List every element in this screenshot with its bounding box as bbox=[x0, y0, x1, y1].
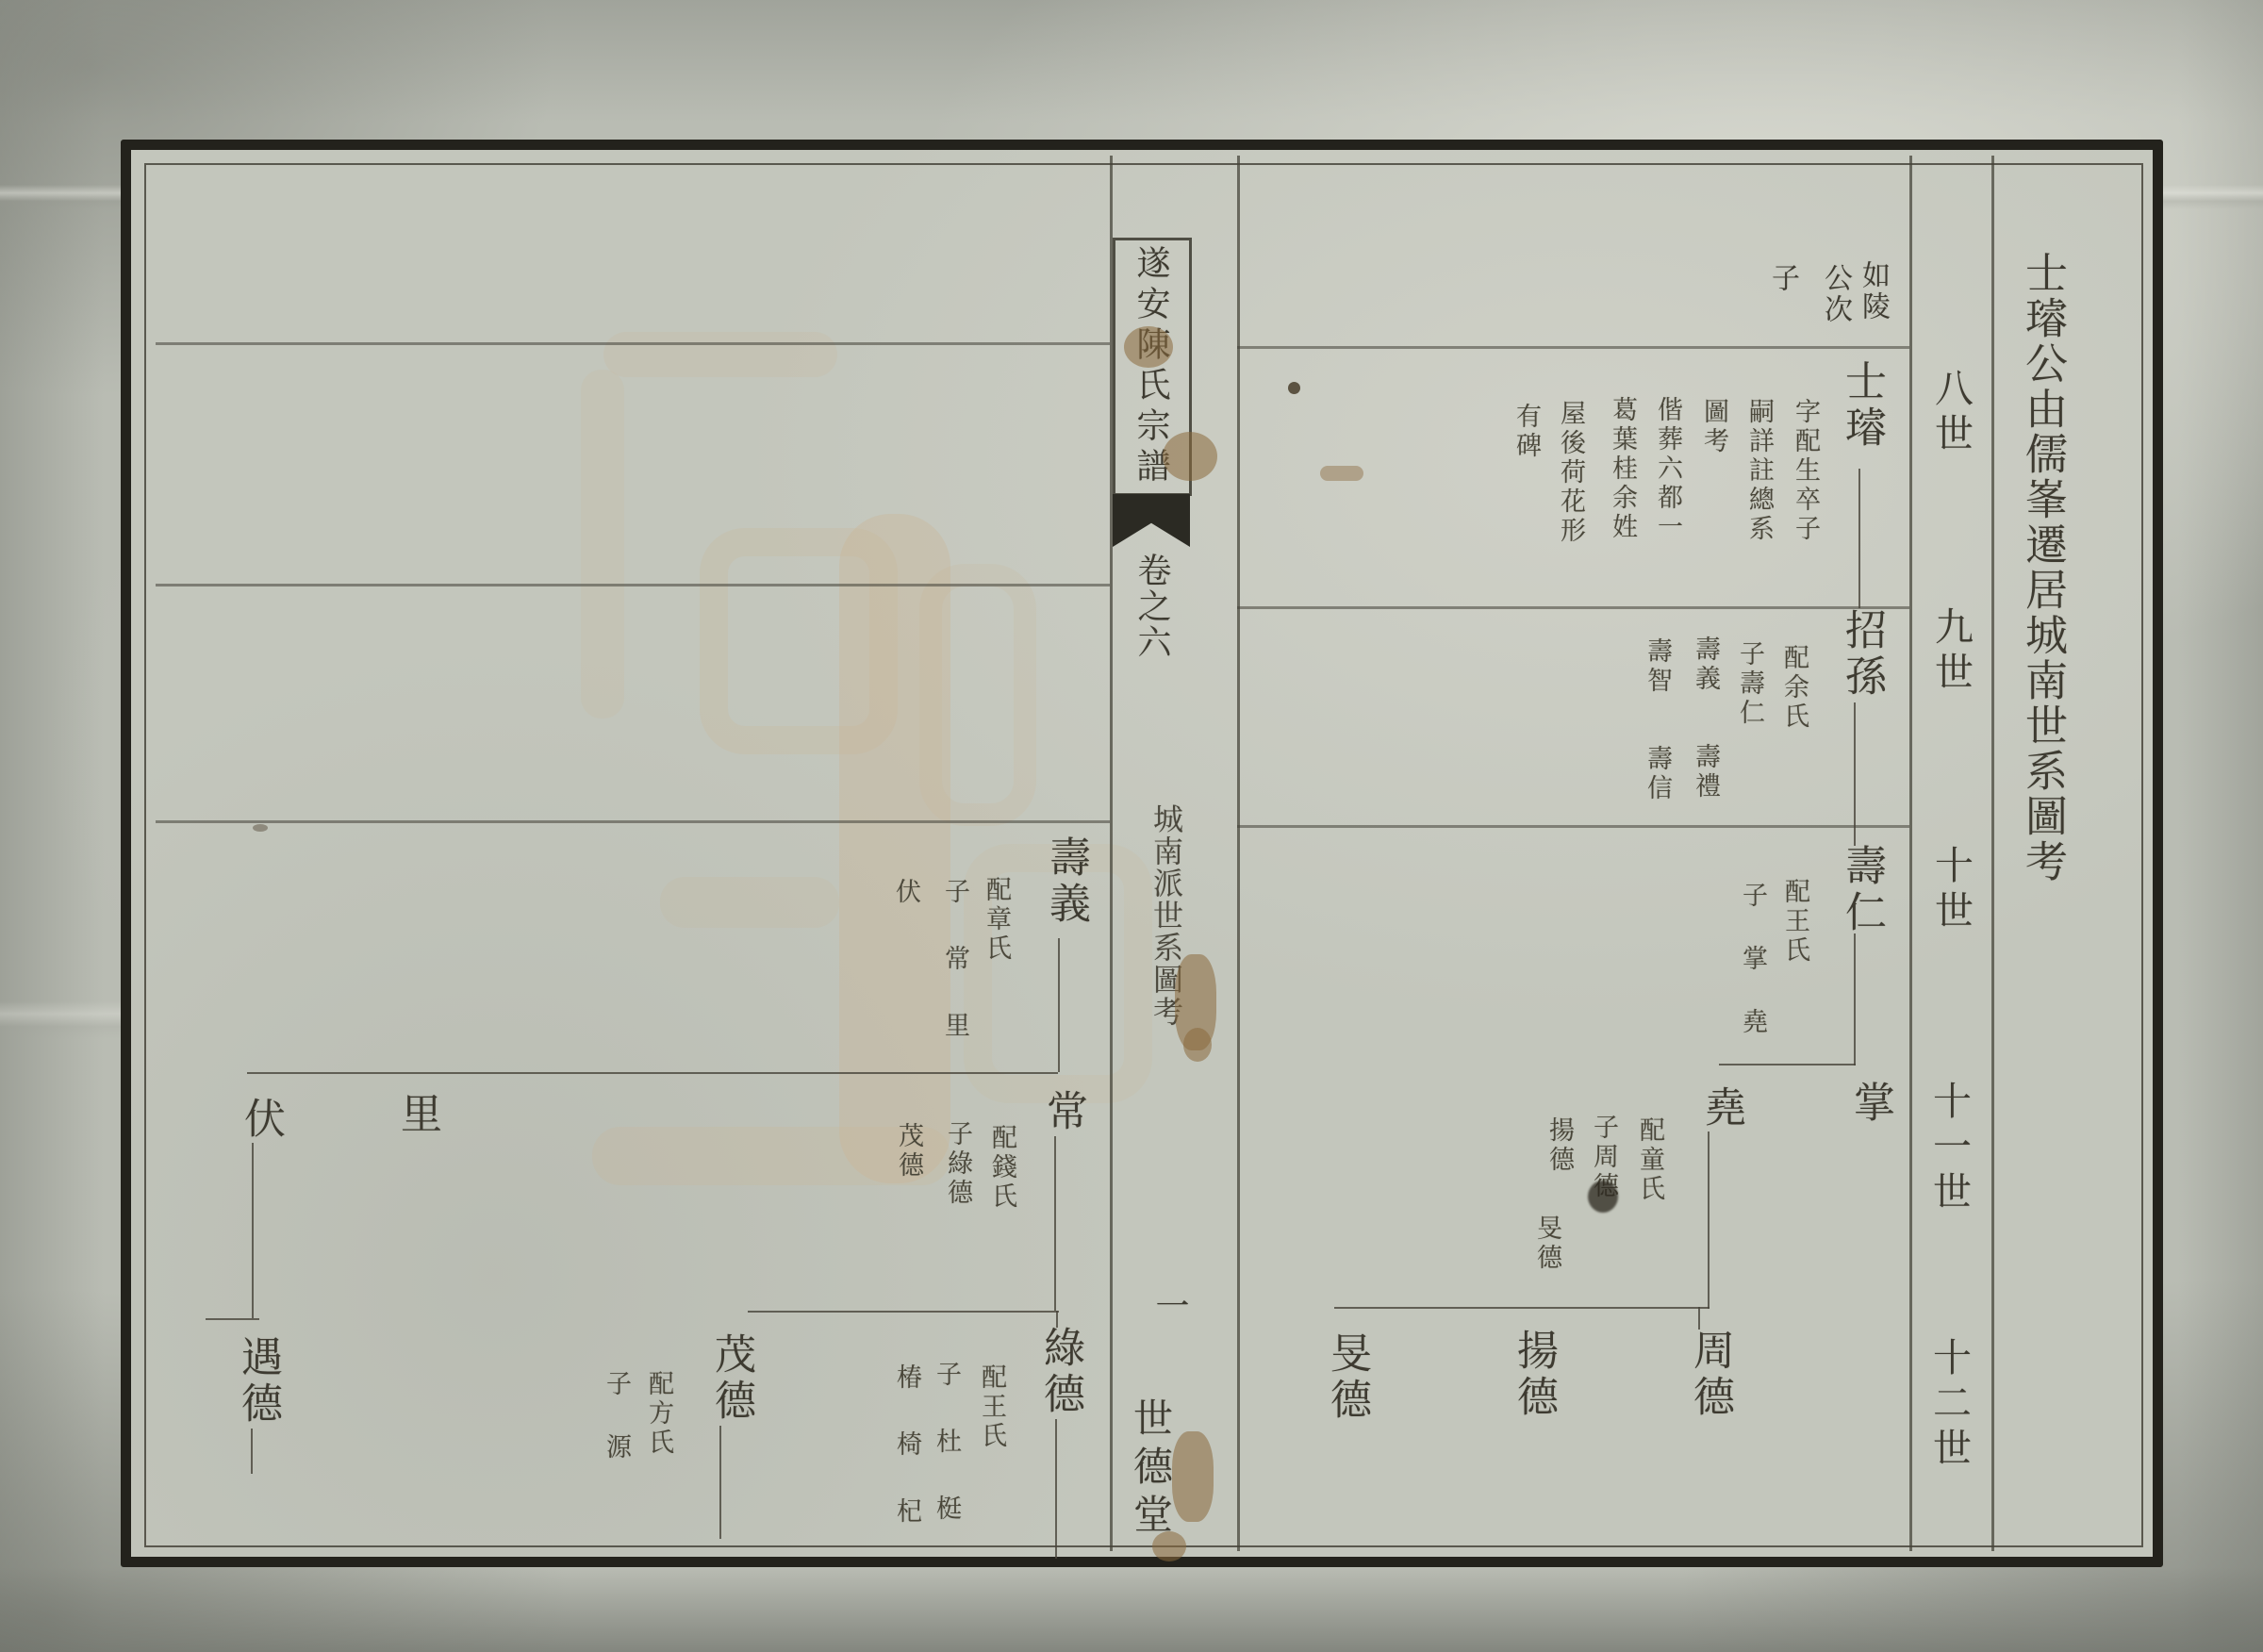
entry-name: 遇德 bbox=[227, 1335, 288, 1428]
descent-tick bbox=[1698, 1307, 1700, 1330]
ink-speck bbox=[253, 824, 268, 832]
entry-name: 綠德 bbox=[1030, 1326, 1090, 1418]
descent-line bbox=[1858, 469, 1860, 608]
descent-line bbox=[1058, 938, 1060, 1072]
descent-line bbox=[1708, 1132, 1710, 1309]
descent-line bbox=[252, 1143, 254, 1318]
row-divider bbox=[156, 342, 1110, 345]
entry-note-col: 椿椅杞 bbox=[888, 1363, 925, 1564]
entry-name: 士璿 bbox=[1831, 359, 1891, 452]
generation-label-9: 九世 bbox=[1924, 606, 1979, 697]
entry-note-col: 字配生卒子 bbox=[1787, 398, 1824, 544]
sibling-line bbox=[206, 1318, 259, 1320]
entry-name: 常 bbox=[1032, 1089, 1093, 1135]
entry-note-col: 配王氏 bbox=[1776, 878, 1813, 966]
stain bbox=[1320, 466, 1363, 481]
entry-note-col: 配錢氏 bbox=[983, 1124, 1020, 1212]
generation-label-11: 十一世 bbox=[1922, 1081, 1977, 1216]
descent-line bbox=[1854, 933, 1856, 1066]
row-divider bbox=[156, 584, 1110, 586]
entry-note-col: 配王氏 bbox=[973, 1363, 1010, 1451]
entry-note-col: 子掌堯 bbox=[1734, 882, 1771, 1071]
collector-seal-band bbox=[581, 370, 624, 719]
ink-smudge bbox=[1588, 1181, 1618, 1213]
entry-note-col: 子綠德 bbox=[939, 1120, 976, 1208]
genealogy-page-scan: 遂安陳氏宗譜 卷之六 城南派世系圖考 一 世德堂 士璿公由儒峯遷居城南世系圖考 … bbox=[0, 0, 2263, 1652]
entry-note-col: 茂德 bbox=[890, 1122, 927, 1181]
entry-name: 茂德 bbox=[701, 1332, 761, 1425]
descent-line bbox=[1054, 1136, 1056, 1311]
generation-label-12: 十二世 bbox=[1922, 1337, 1977, 1473]
entry-name: 壽義 bbox=[1035, 835, 1096, 928]
entry-note-col: 圖考 bbox=[1695, 398, 1732, 456]
sibling-line bbox=[748, 1311, 1059, 1313]
entry-name: 周德 bbox=[1679, 1329, 1740, 1421]
spine-page-number: 一 bbox=[1146, 1288, 1194, 1322]
entry-note-col: 配章氏 bbox=[978, 876, 1015, 964]
generation-label-10: 十世 bbox=[1924, 845, 1979, 935]
chart-title: 士璿公由儒峯遷居城南世系圖考 bbox=[2012, 251, 2073, 884]
collector-seal-band bbox=[700, 528, 898, 754]
right-page-edge-rule bbox=[1237, 156, 1240, 1551]
generation-column-rule bbox=[1909, 156, 1912, 1551]
collector-seal-band bbox=[919, 564, 1036, 826]
ancestor-note-col: 公次 bbox=[1814, 263, 1856, 325]
row-divider bbox=[1237, 825, 1909, 828]
entry-note-col: 子杜梃 bbox=[928, 1361, 965, 1561]
entry-note-col: 有碑 bbox=[1508, 403, 1544, 461]
entry-note-col: 壽智 bbox=[1639, 637, 1676, 696]
stain bbox=[1124, 326, 1173, 368]
entry-note-col: 配余氏 bbox=[1776, 644, 1812, 732]
entry-name: 揚德 bbox=[1503, 1329, 1563, 1421]
descent-line bbox=[1854, 702, 1856, 846]
entry-name: 旻德 bbox=[1316, 1331, 1377, 1424]
entry-name: 招孫 bbox=[1831, 608, 1891, 701]
ink-speck bbox=[1288, 382, 1300, 394]
entry-note-col: 偕葬六都一 bbox=[1649, 396, 1686, 542]
entry-note-col: 壽信 bbox=[1639, 745, 1676, 803]
generation-label-8: 八世 bbox=[1924, 368, 1979, 458]
spine-volume-label: 卷之六 bbox=[1128, 553, 1176, 660]
entry-note-col: 子常里 bbox=[936, 878, 973, 1079]
spine-hall-name: 世德堂 bbox=[1122, 1397, 1179, 1542]
entry-note-col: 壽禮 bbox=[1687, 743, 1724, 801]
entry-name: 里 bbox=[387, 1092, 447, 1138]
entry-note-col: 配童氏 bbox=[1631, 1116, 1668, 1204]
entry-note-col: 伏 bbox=[887, 878, 924, 907]
entry-note-col: 旻德 bbox=[1528, 1214, 1565, 1273]
entry-note-col: 壽義 bbox=[1687, 636, 1724, 694]
row-divider bbox=[1237, 606, 1909, 609]
entry-note-col: 揚德 bbox=[1541, 1116, 1577, 1175]
stain bbox=[1152, 1531, 1186, 1561]
stain bbox=[1183, 1028, 1212, 1062]
entry-name: 堯 bbox=[1691, 1085, 1751, 1132]
ancestor-note-col: 子 bbox=[1761, 263, 1803, 294]
row-divider bbox=[156, 820, 1110, 823]
entry-note-col: 屋後荷花形 bbox=[1552, 400, 1589, 546]
entry-name: 壽仁 bbox=[1831, 844, 1891, 936]
entry-note-col: 嗣詳註總系 bbox=[1741, 398, 1777, 544]
entry-note-col: 子壽仁 bbox=[1731, 640, 1768, 728]
sibling-line bbox=[1334, 1307, 1710, 1309]
descent-tail bbox=[719, 1426, 721, 1539]
stain bbox=[1163, 432, 1217, 481]
stain bbox=[1172, 1431, 1214, 1522]
descent-tail bbox=[1055, 1419, 1057, 1559]
entry-name: 伏 bbox=[230, 1097, 290, 1143]
title-column-rule bbox=[1991, 156, 1994, 1551]
row-divider bbox=[1237, 346, 1909, 349]
entry-note-col: 配方氏 bbox=[640, 1370, 677, 1458]
descent-tail bbox=[251, 1429, 253, 1474]
entry-note-col: 子源 bbox=[598, 1370, 635, 1496]
collector-seal-band bbox=[660, 877, 839, 928]
entry-note-col: 葛葉桂余姓 bbox=[1604, 396, 1641, 542]
ancestor-note-col: 如陵 bbox=[1852, 260, 1893, 322]
entry-name: 掌 bbox=[1840, 1081, 1900, 1127]
collector-seal-band bbox=[603, 332, 837, 377]
